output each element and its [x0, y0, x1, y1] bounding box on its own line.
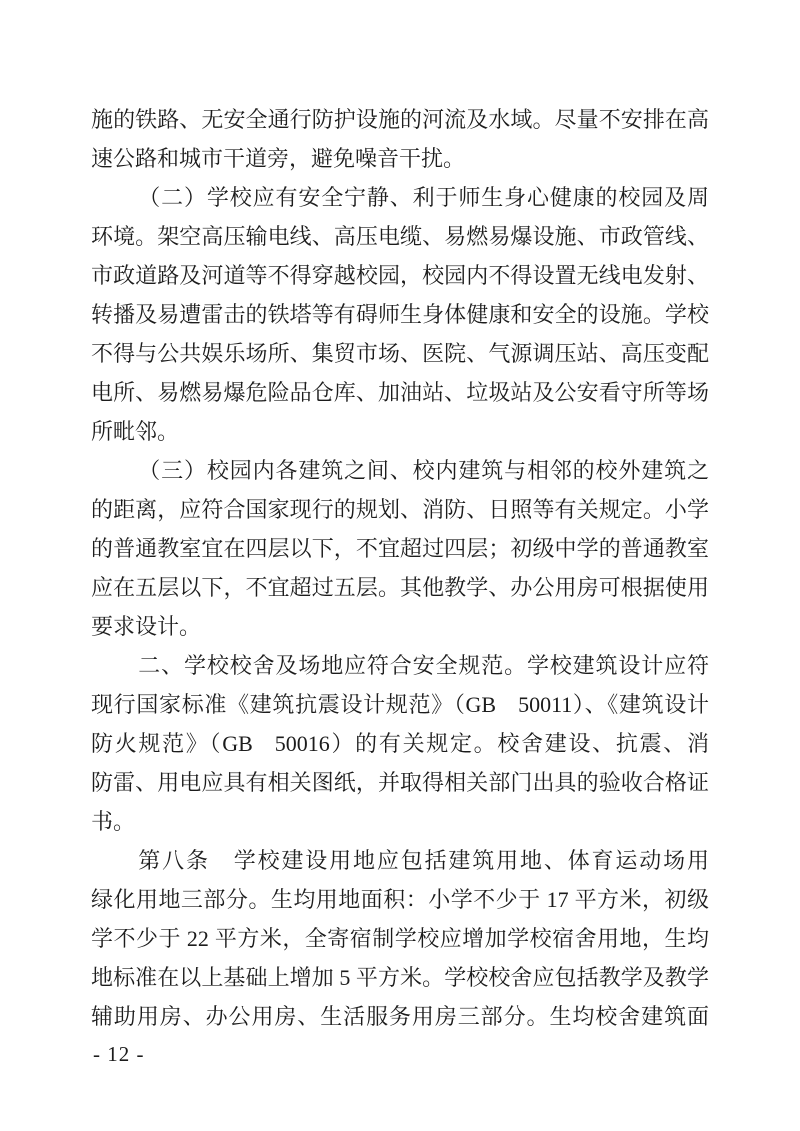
- text-line: 应在五层以下，不宜超过五层。其他教学、办公用房可根据使用: [91, 568, 709, 607]
- text-line: 地标准在以上基础上增加 5 平方米。学校校舍应包括教学及教学: [91, 958, 709, 997]
- text-line: 第八条 学校建设用地应包括建筑用地、体育运动场用地、: [91, 841, 709, 880]
- text-line: 学不少于 22 平方米，全寄宿制学校应增加学校宿舍用地，生均用: [91, 919, 709, 958]
- text-line: 辅助用房、办公用房、生活服务用房三部分。生均校舍建筑面积：: [91, 997, 709, 1036]
- text-line: 速公路和城市干道旁，避免噪音干扰。: [91, 139, 709, 178]
- text-line: 不得与公共娱乐场所、集贸市场、医院、气源调压站、高压变配: [91, 334, 709, 373]
- document-page: 施的铁路、无安全通行防护设施的河流及水域。尽量不安排在高 速公路和城市干道旁，避…: [0, 0, 800, 1131]
- text-line: 施的铁路、无安全通行防护设施的河流及水域。尽量不安排在高: [91, 100, 709, 139]
- text-line: 电所、易燃易爆危险品仓库、加油站、垃圾站及公安看守所等场: [91, 373, 709, 412]
- text-line: 防火规范》（GB 50016）的有关规定。校舍建设、抗震、消防、: [91, 724, 709, 763]
- text-line: 现行国家标准《建筑抗震设计规范》（GB 50011）、《建筑设计: [91, 685, 709, 724]
- text-line: 书。: [91, 802, 709, 841]
- text-line: 转播及易遭雷击的铁塔等有碍师生身体健康和安全的设施。学校: [91, 295, 709, 334]
- text-line: 环境。架空高压输电线、高压电缆、易燃易爆设施、市政管线、: [91, 217, 709, 256]
- text-line: 的普通教室宜在四层以下，不宜超过四层；初级中学的普通教室: [91, 529, 709, 568]
- text-line: 绿化用地三部分。生均用地面积：小学不少于 17 平方米，初级中: [91, 880, 709, 919]
- text-line: 防雷、用电应具有相关图纸，并取得相关部门出具的验收合格证: [91, 763, 709, 802]
- text-line: 要求设计。: [91, 607, 709, 646]
- text-line: 二、学校校舍及场地应符合安全规范。学校建筑设计应符合: [91, 646, 709, 685]
- text-line: 所毗邻。: [91, 412, 709, 451]
- text-line: （三）校园内各建筑之间、校内建筑与相邻的校外建筑之间: [91, 451, 709, 490]
- text-line: 市政道路及河道等不得穿越校园，校园内不得设置无线电发射、: [91, 256, 709, 295]
- document-body: 施的铁路、无安全通行防护设施的河流及水域。尽量不安排在高 速公路和城市干道旁，避…: [91, 100, 709, 1036]
- text-line: （二）学校应有安全宁静、利于师生身心健康的校园及周边: [91, 178, 709, 217]
- page-number: - 12 -: [93, 1042, 145, 1067]
- text-line: 的距离，应符合国家现行的规划、消防、日照等有关规定。小学: [91, 490, 709, 529]
